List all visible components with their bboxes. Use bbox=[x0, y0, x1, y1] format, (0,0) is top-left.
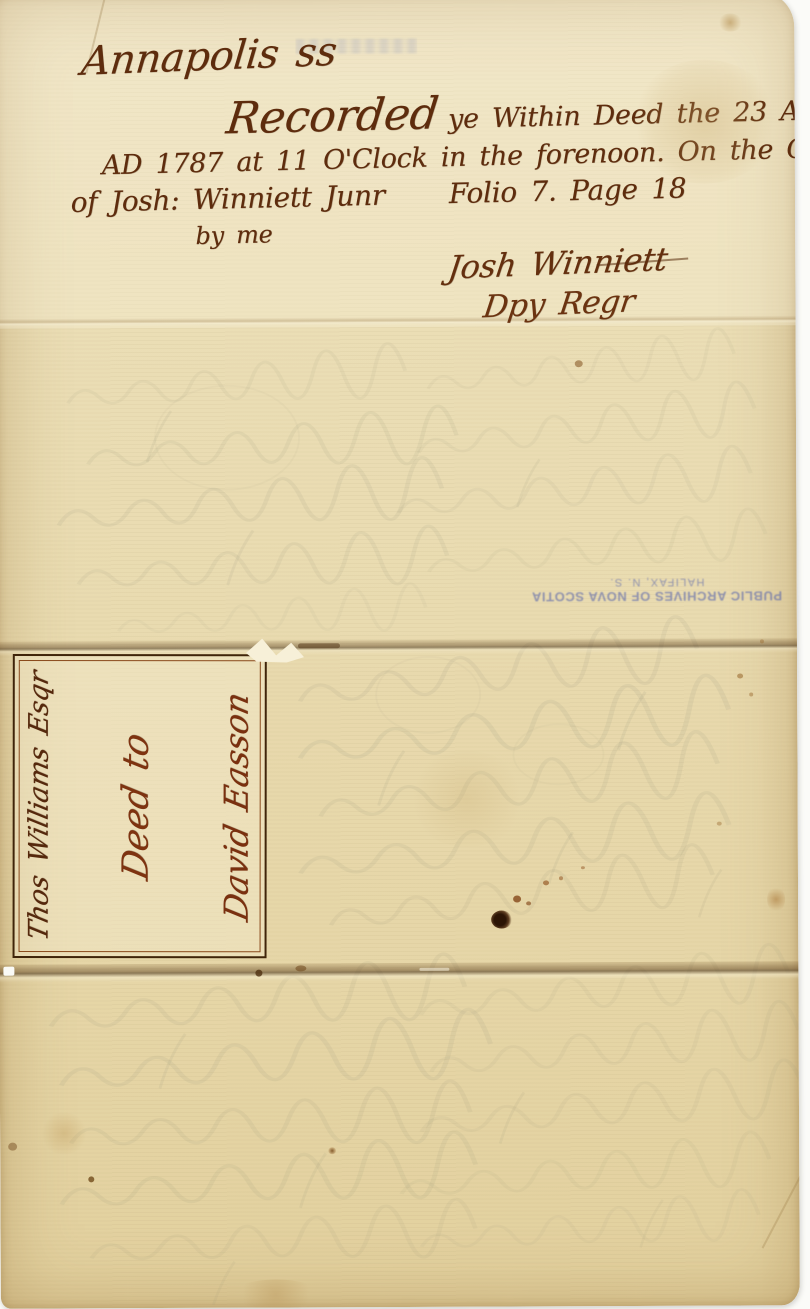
oath-clause: of Josh: Winniett Junr bbox=[70, 179, 385, 219]
stain bbox=[737, 673, 743, 678]
stain bbox=[631, 59, 778, 184]
stain bbox=[717, 822, 722, 826]
docket-rotated-text: Thos Williams Esqr Deed to David Easson bbox=[24, 662, 256, 950]
stain bbox=[40, 1112, 88, 1154]
fold-crease-lower bbox=[0, 961, 798, 982]
stain bbox=[328, 1147, 336, 1154]
ink-speck bbox=[526, 901, 531, 905]
stain bbox=[231, 1279, 321, 1308]
docket-grantee: David Easson bbox=[217, 689, 256, 924]
stain bbox=[406, 750, 526, 847]
ink-speck bbox=[513, 895, 521, 902]
edge-nick bbox=[3, 967, 14, 976]
ink-speck bbox=[543, 880, 549, 885]
stain bbox=[760, 639, 764, 643]
stain bbox=[767, 886, 785, 912]
crease-highlight bbox=[419, 968, 449, 971]
archives-stamp-line-2: HALIFAX, N. S. bbox=[526, 575, 788, 588]
docket-deed-to: Deed to bbox=[115, 729, 156, 883]
folio-page-reference: Folio 7. Page 18 bbox=[448, 172, 686, 211]
scanned-document: Annapolis ss Recorded ye Within Deed the… bbox=[0, 0, 810, 1309]
crease-speck bbox=[295, 965, 306, 971]
archives-stamp-line-1: PUBLIC ARCHIVES OF NOVA SCOTIA bbox=[526, 588, 788, 604]
line-gap bbox=[385, 203, 449, 205]
stain bbox=[88, 1176, 94, 1182]
ink-blot bbox=[491, 911, 512, 929]
ink-speck bbox=[581, 866, 585, 869]
recorded-word: Recorded bbox=[224, 88, 441, 144]
stain bbox=[749, 692, 753, 696]
docket-box: Thos Williams Esqr Deed to David Easson bbox=[13, 654, 267, 958]
registrar-title: Dpy Regr bbox=[481, 283, 637, 325]
stain bbox=[575, 360, 583, 367]
stain bbox=[717, 13, 743, 31]
document-paper: Annapolis ss Recorded ye Within Deed the… bbox=[0, 0, 800, 1309]
corner-crease-bottom bbox=[762, 1168, 800, 1249]
crease-smudge bbox=[298, 643, 340, 648]
ink-speck bbox=[559, 876, 563, 880]
crease-speck bbox=[255, 970, 262, 977]
archives-stamp: PUBLIC ARCHIVES OF NOVA SCOTIA HALIFAX, … bbox=[526, 575, 788, 604]
stain bbox=[8, 1143, 17, 1151]
docket-grantor: Thos Williams Esqr bbox=[24, 669, 55, 944]
